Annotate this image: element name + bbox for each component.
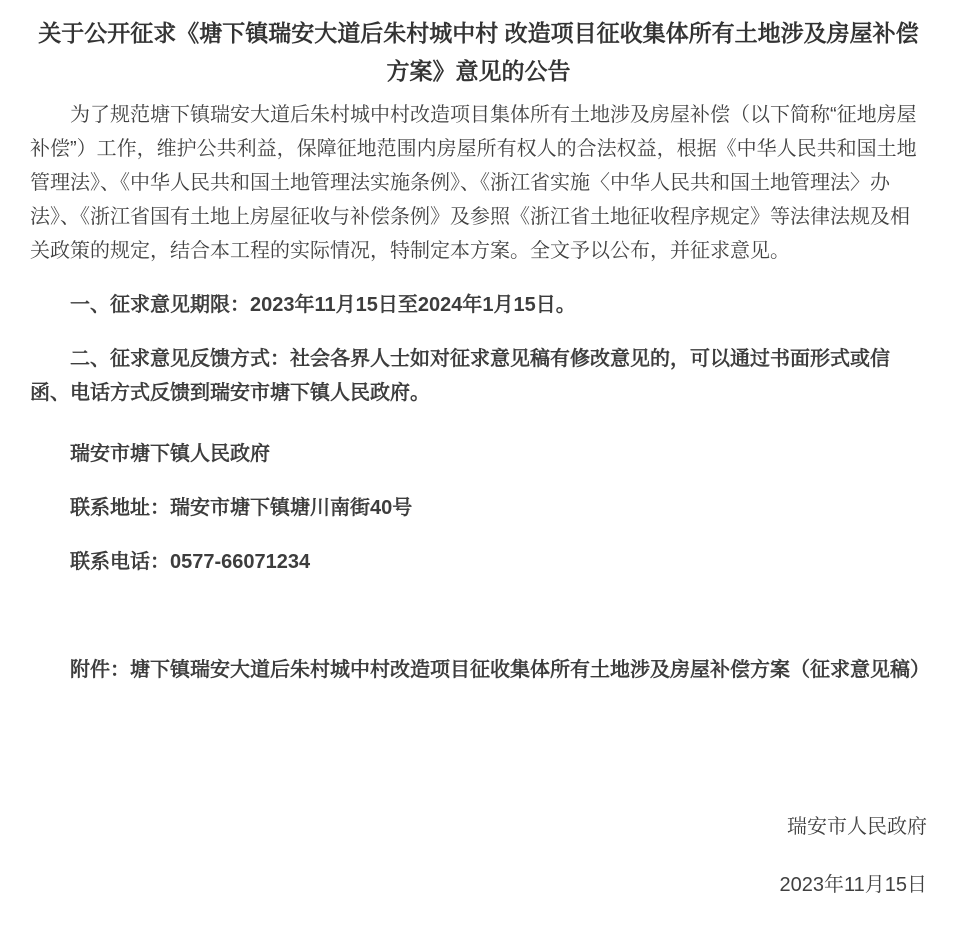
paragraph-feedback-method: 二、征求意见反馈方式：社会各界人士如对征求意见稿有修改意见的，可以通过书面形式或… [30,342,927,410]
page-title: 关于公开征求《塘下镇瑞安大道后朱村城中村 改造项目征收集体所有土地涉及房屋补偿方… [30,14,927,90]
signature-date: 2023年11月15日 [30,868,927,902]
signature-issuer: 瑞安市人民政府 [30,810,927,844]
line-contact-address: 联系地址：瑞安市塘下镇塘川南街40号 [30,491,927,525]
line-attachment: 附件：塘下镇瑞安大道后朱村城中村改造项目征收集体所有土地涉及房屋补偿方案（征求意… [30,653,927,687]
paragraph-intro: 为了规范塘下镇瑞安大道后朱村城中村改造项目集体所有土地涉及房屋补偿（以下简称“征… [30,98,927,268]
line-government-name: 瑞安市塘下镇人民政府 [30,437,927,471]
line-contact-phone: 联系电话：0577-66071234 [30,545,927,579]
announcement-document: 关于公开征求《塘下镇瑞安大道后朱村城中村 改造项目征收集体所有土地涉及房屋补偿方… [0,0,957,931]
paragraph-deadline: 一、征求意见期限：2023年11月15日至2024年1月15日。 [30,288,927,322]
